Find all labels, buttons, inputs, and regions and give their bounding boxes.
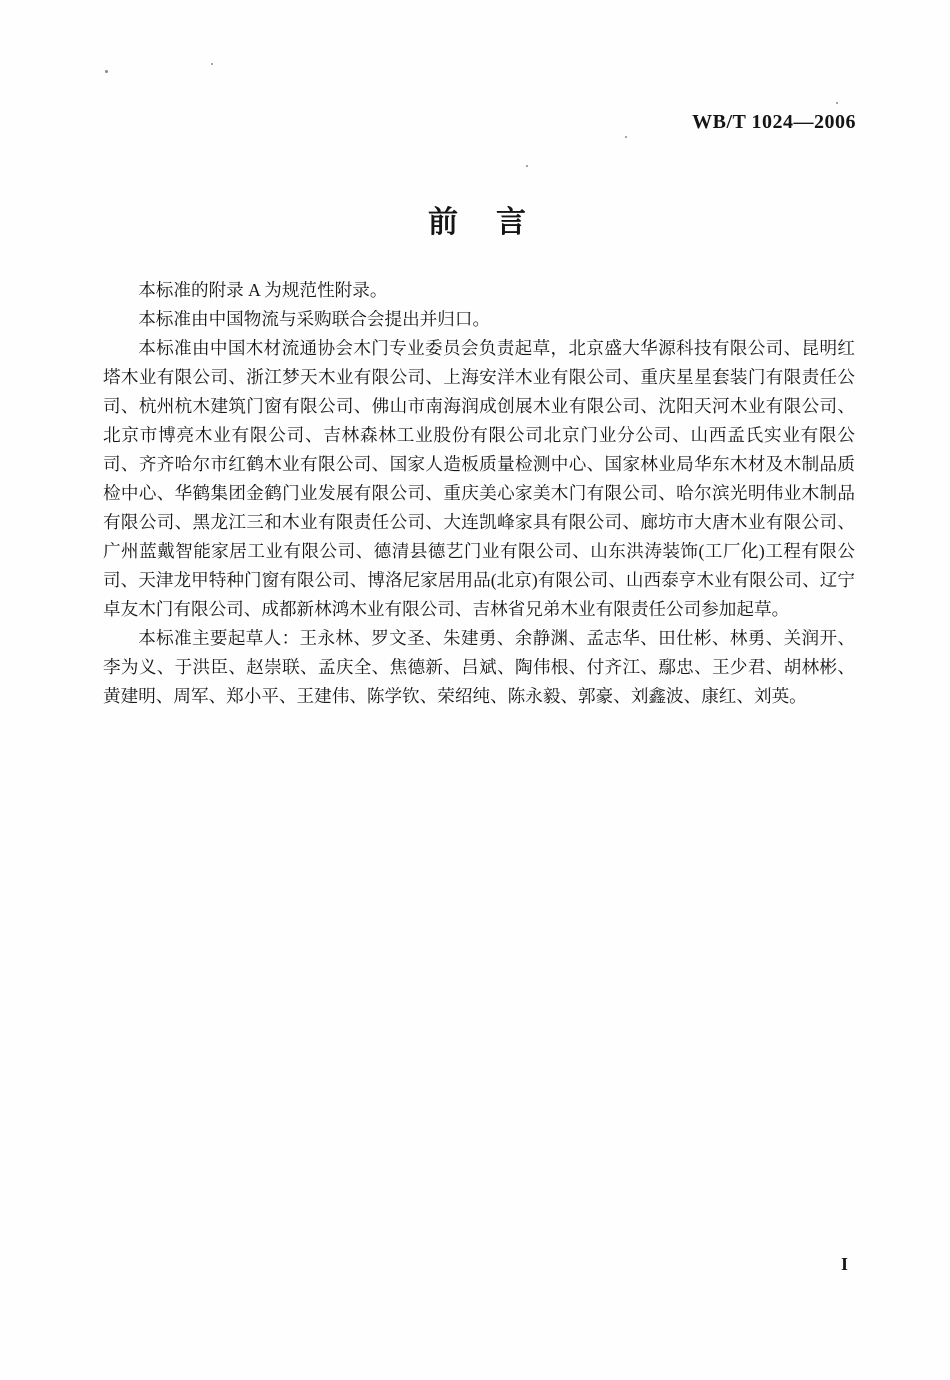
paragraph-appendix-note: 本标准的附录 A 为规范性附录。 <box>103 276 855 305</box>
scan-speck <box>526 165 528 167</box>
scan-speck <box>211 63 213 65</box>
paragraph-proposing-org: 本标准由中国物流与采购联合会提出并归口。 <box>103 305 855 334</box>
scanned-document-page: WB/T 1024—2006 前 言 本标准的附录 A 为规范性附录。 本标准由… <box>0 0 950 1380</box>
scan-speck <box>625 136 627 138</box>
page-number: I <box>841 1254 848 1275</box>
scan-speck <box>836 102 838 104</box>
page-title: 前 言 <box>103 197 855 241</box>
paragraph-drafters: 本标准主要起草人：王永林、罗文圣、朱建勇、余静渊、孟志华、田仕彬、林勇、关润开、… <box>103 624 855 711</box>
paragraph-drafting-orgs: 本标准由中国木材流通协会木门专业委员会负责起草，北京盛大华源科技有限公司、昆明红… <box>103 334 855 624</box>
foreword-body: 本标准的附录 A 为规范性附录。 本标准由中国物流与采购联合会提出并归口。 本标… <box>103 276 855 711</box>
scan-speck <box>105 70 108 73</box>
standard-number: WB/T 1024—2006 <box>692 111 856 134</box>
